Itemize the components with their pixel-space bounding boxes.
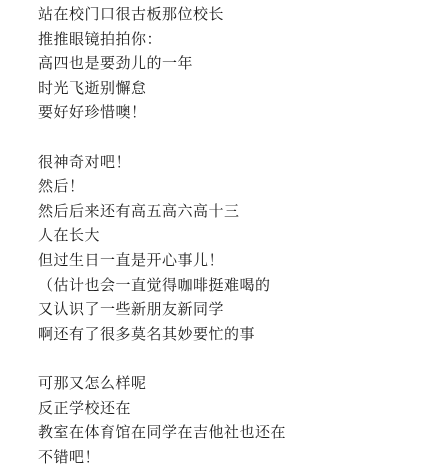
- text-line: 但过生日一直是开心事儿！: [38, 248, 424, 273]
- text-line: 可那又怎么样呢: [38, 371, 424, 396]
- text-line: 教室在体育馆在同学在吉他社也还在: [38, 420, 424, 445]
- text-line: 啊还有了很多莫名其妙要忙的事: [38, 322, 424, 347]
- paragraph-2: 很神奇对吧！ 然后！ 然后后来还有高五高六高十三 人在长大 但过生日一直是开心事…: [38, 150, 424, 347]
- text-line: 时光飞逝别懈怠: [38, 76, 424, 101]
- poem-text: 站在校门口很古板那位校长 推推眼镜拍拍你： 高四也是要劲儿的一年 时光飞逝别懈怠…: [0, 0, 424, 467]
- text-line: 反正学校还在: [38, 396, 424, 421]
- text-line: 又认识了一些新朋友新同学: [38, 297, 424, 322]
- text-line: 站在校门口很古板那位校长: [38, 2, 424, 27]
- text-line: （估计也会一直觉得咖啡挺难喝的: [38, 273, 424, 298]
- text-line: 人在长大: [38, 223, 424, 248]
- text-line: 然后后来还有高五高六高十三: [38, 199, 424, 224]
- text-line: 不错吧！: [38, 445, 424, 467]
- text-line: 要好好珍惜噢！: [38, 100, 424, 125]
- paragraph-3: 可那又怎么样呢 反正学校还在 教室在体育馆在同学在吉他社也还在 不错吧！: [38, 371, 424, 467]
- text-line: 然后！: [38, 174, 424, 199]
- text-line: 推推眼镜拍拍你：: [38, 27, 424, 52]
- paragraph-1: 站在校门口很古板那位校长 推推眼镜拍拍你： 高四也是要劲儿的一年 时光飞逝别懈怠…: [38, 2, 424, 125]
- text-line: 高四也是要劲儿的一年: [38, 51, 424, 76]
- text-line: 很神奇对吧！: [38, 150, 424, 175]
